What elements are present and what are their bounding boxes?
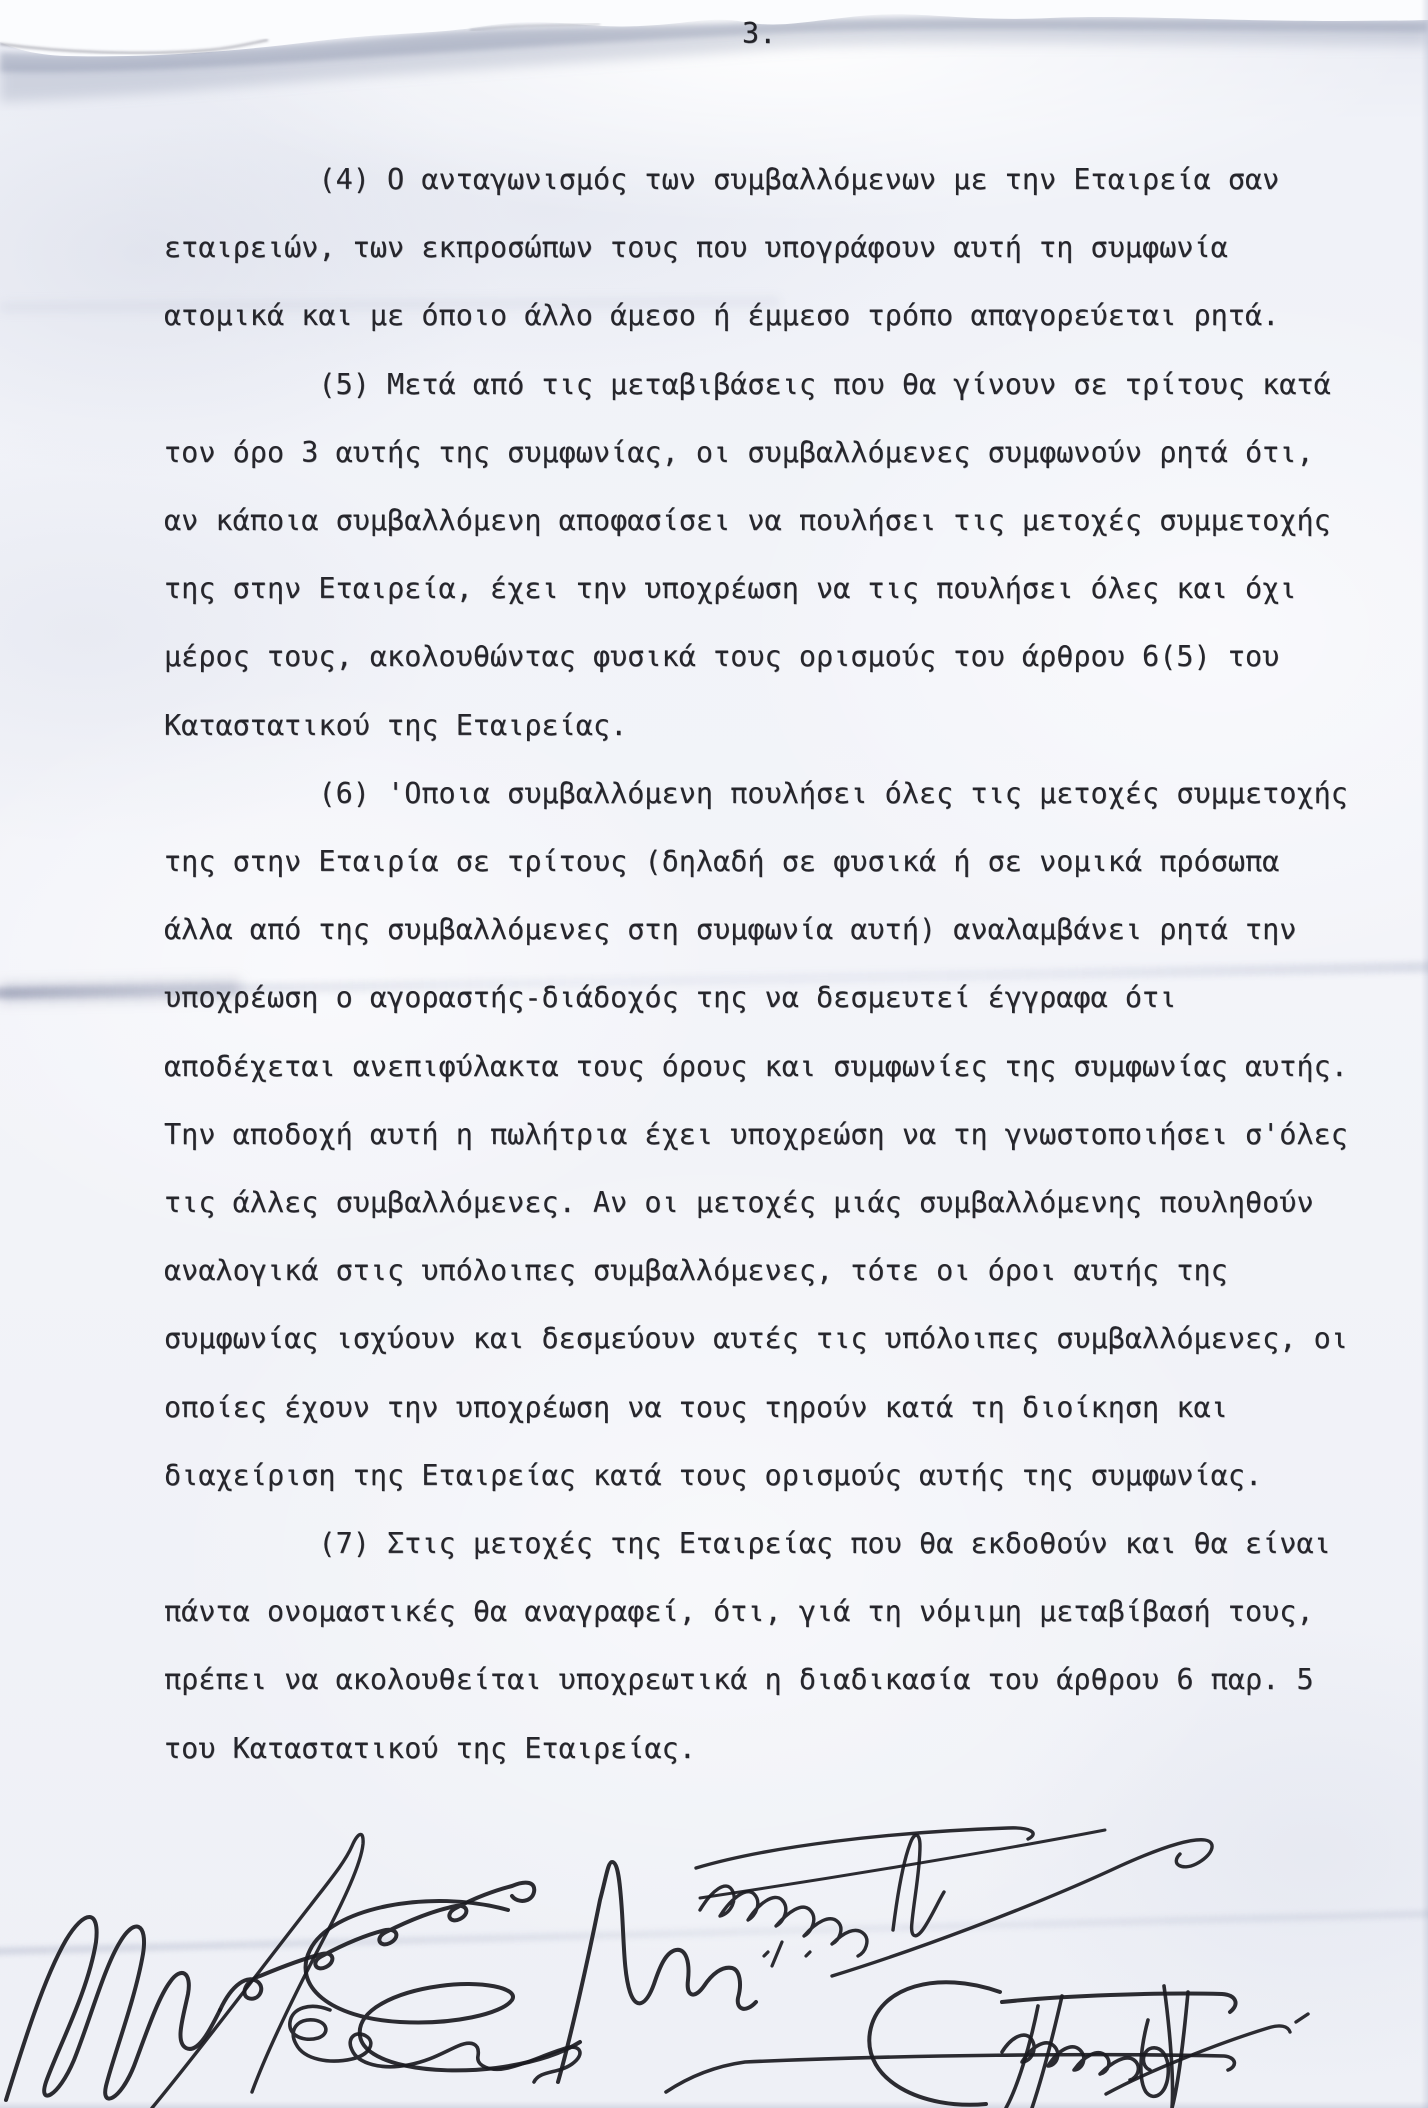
signature-stroke [696, 1828, 1033, 1868]
document-line: Την αποδοχή αυτή η πωλήτρια έχει υποχρεώ… [164, 1121, 1348, 1150]
signature-stroke [764, 1942, 810, 1966]
document-line: αναλογικά στις υπόλοιπες συμβαλλόμενες, … [164, 1257, 1228, 1286]
signature-stroke [1141, 2020, 1168, 2096]
document-line: συμφωνίας ισχύουν και δεσμεύουν αυτές τι… [164, 1325, 1348, 1354]
document-line: Καταστατικού της Εταιρείας. [164, 712, 627, 741]
signature-stroke [869, 1982, 1000, 2105]
document-line: ατομικά και με όποιο άλλο άμεσο ή έμμεσο… [164, 302, 1279, 331]
document-line: εταιρειών, των εκπροσώπων τους που υπογρ… [164, 234, 1228, 263]
signature-stroke [832, 1840, 1212, 1976]
signature-stroke [6, 1917, 220, 2100]
signature-stroke [1164, 1986, 1188, 2108]
signature-stroke [893, 1835, 944, 1935]
document-line: αν κάποια συμβαλλόμενη αποφασίσει να που… [164, 507, 1331, 536]
document-line: (6) 'Οποια συμβαλλόμενη πουλήσει όλες τι… [164, 780, 1348, 809]
document-line: μέρος τους, ακολουθώντας φυσικά τους ορι… [164, 643, 1279, 672]
document-line: υποχρέωση ο αγοραστής-διάδοχός της να δε… [164, 984, 1176, 1013]
signature-stroke [220, 1883, 534, 2010]
signature-stroke [306, 1901, 580, 2070]
document-line: (4) Ο ανταγωνισμός των συμβαλλόμενων με … [164, 166, 1279, 195]
document-line: (5) Μετά από τις μεταβιβάσεις που θα γίν… [164, 371, 1331, 400]
document-line: άλλα από της συμβαλλόμενες στη συμφωνία … [164, 916, 1296, 945]
document-line: οποίες έχουν την υποχρέωση να τους τηρού… [164, 1394, 1228, 1423]
document-line: πάντα ονομαστικές θα αναγραφεί, ότι, γιά… [164, 1598, 1314, 1627]
document-line: τον όρο 3 αυτής της συμφωνίας, οι συμβαλ… [164, 439, 1314, 468]
signature-stroke [700, 1886, 867, 1956]
document-line: (7) Στις μετοχές της Εταιρείας που θα εκ… [164, 1530, 1331, 1559]
document-line: αποδέχεται ανεπιφύλακτα τους όρους και σ… [164, 1053, 1348, 1082]
scanned-page: 3. (4) Ο ανταγωνισμός των συμβαλλόμενων … [0, 0, 1428, 2108]
signatures [0, 1770, 1428, 2108]
document-line: πρέπει να ακολουθείται υποχρεωτικά η δια… [164, 1666, 1314, 1695]
document-line: της στην Εταιρεία, έχει την υποχρέωση να… [164, 575, 1296, 604]
document-line: διαχείριση της Εταιρείας κατά τους ορισμ… [164, 1462, 1262, 1491]
document-line: της στην Εταιρία σε τρίτους (δηλαδή σε φ… [164, 848, 1279, 877]
document-line: τις άλλες συμβαλλόμενες. Αν οι μετοχές μ… [164, 1189, 1314, 1218]
signature-stroke [1002, 2035, 1138, 2080]
document-line: του Καταστατικού της Εταιρείας. [164, 1735, 696, 1764]
